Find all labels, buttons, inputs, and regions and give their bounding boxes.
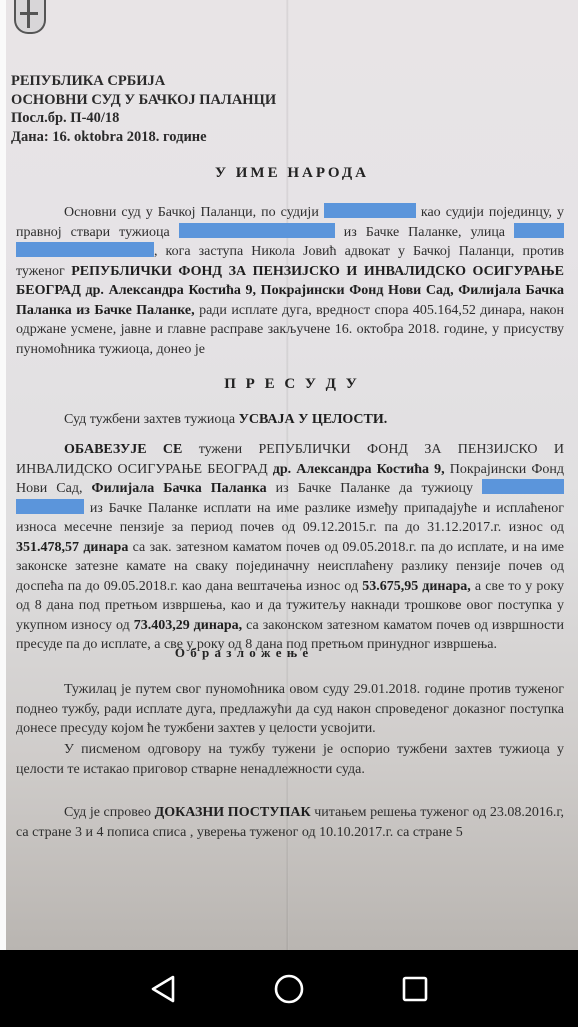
verdict-paragraph: Суд тужбени захтев тужиоца УСВАЈА У ЦЕЛО… xyxy=(16,410,564,430)
redaction-judge xyxy=(324,203,416,218)
back-triangle-icon xyxy=(149,974,177,1004)
court-document-page: РЕПУБЛИКА СРБИЈА ОСНОВНИ СУД У БАЧКОЈ ПА… xyxy=(6,0,578,950)
reasoning-paragraph-1: Тужилац је путем свог пуномоћника овом с… xyxy=(16,680,564,739)
home-button[interactable] xyxy=(265,965,313,1013)
coat-of-arms-icon xyxy=(14,0,46,34)
android-navigation-bar xyxy=(0,950,578,1027)
home-circle-icon xyxy=(273,973,305,1005)
recents-button[interactable] xyxy=(391,965,439,1013)
reasoning-paragraph-2: У писменом одговору на тужбу тужени је о… xyxy=(16,740,564,779)
header-case-number: Посл.бр. П-40/18 xyxy=(11,109,276,128)
document-viewer[interactable]: РЕПУБЛИКА СРБИЈА ОСНОВНИ СУД У БАЧКОЈ ПА… xyxy=(0,0,578,950)
redaction-plaintiff-2 xyxy=(482,479,564,494)
evidence-paragraph: Суд је спровео ДОКАЗНИ ПОСТУПАК читањем … xyxy=(16,803,564,842)
title-reasoning: О б р а з л о ж е њ е xyxy=(0,645,528,661)
header-country: РЕПУБЛИКА СРБИЈА xyxy=(11,72,276,91)
recents-square-icon xyxy=(401,975,429,1003)
document-header: РЕПУБЛИКА СРБИЈА ОСНОВНИ СУД У БАЧКОЈ ПА… xyxy=(11,72,276,146)
title-in-the-name-of-people: У ИМЕ НАРОДА xyxy=(6,165,578,182)
obligation-paragraph: ОБАВЕЗУЈЕ СЕ тужени РЕПУБЛИЧКИ ФОНД ЗА П… xyxy=(16,440,564,655)
title-verdict: П Р Е С У Д У xyxy=(6,376,578,393)
header-court: ОСНОВНИ СУД У БАЧКОЈ ПАЛАНЦИ xyxy=(11,91,276,110)
intro-paragraph: Основни суд у Бачкој Паланци, по судији … xyxy=(16,203,564,359)
back-button[interactable] xyxy=(139,965,187,1013)
header-date: Дана: 16. oktobra 2018. године xyxy=(11,128,276,147)
redaction-street-cont xyxy=(16,242,154,257)
redaction-street xyxy=(514,223,564,238)
redaction-plaintiff xyxy=(179,223,335,238)
redaction-plaintiff-2-cont xyxy=(16,499,84,514)
